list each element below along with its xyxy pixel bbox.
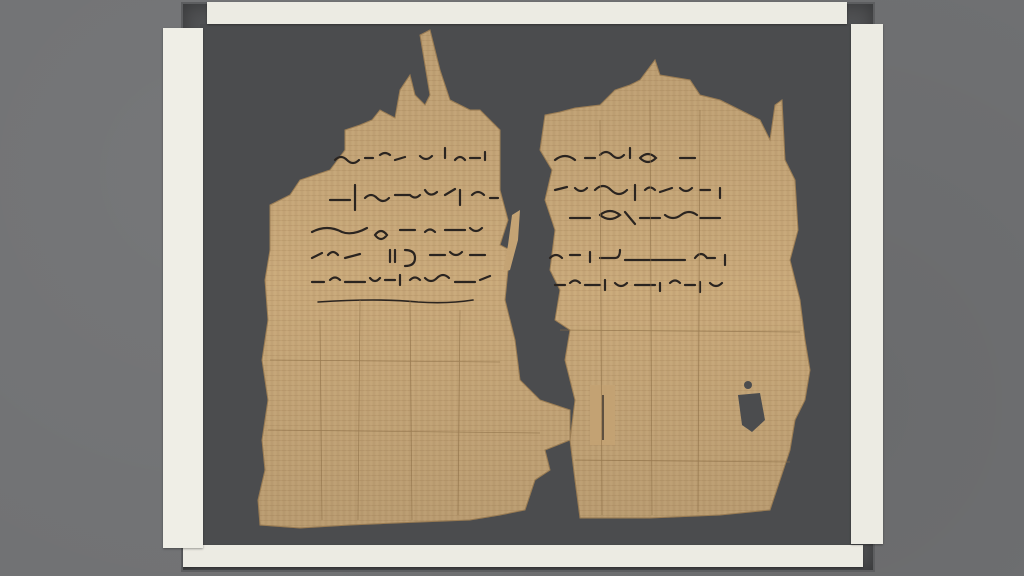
right-fragment bbox=[540, 60, 810, 518]
left-fragment bbox=[258, 30, 570, 528]
papyrus-fragments bbox=[0, 0, 1024, 576]
